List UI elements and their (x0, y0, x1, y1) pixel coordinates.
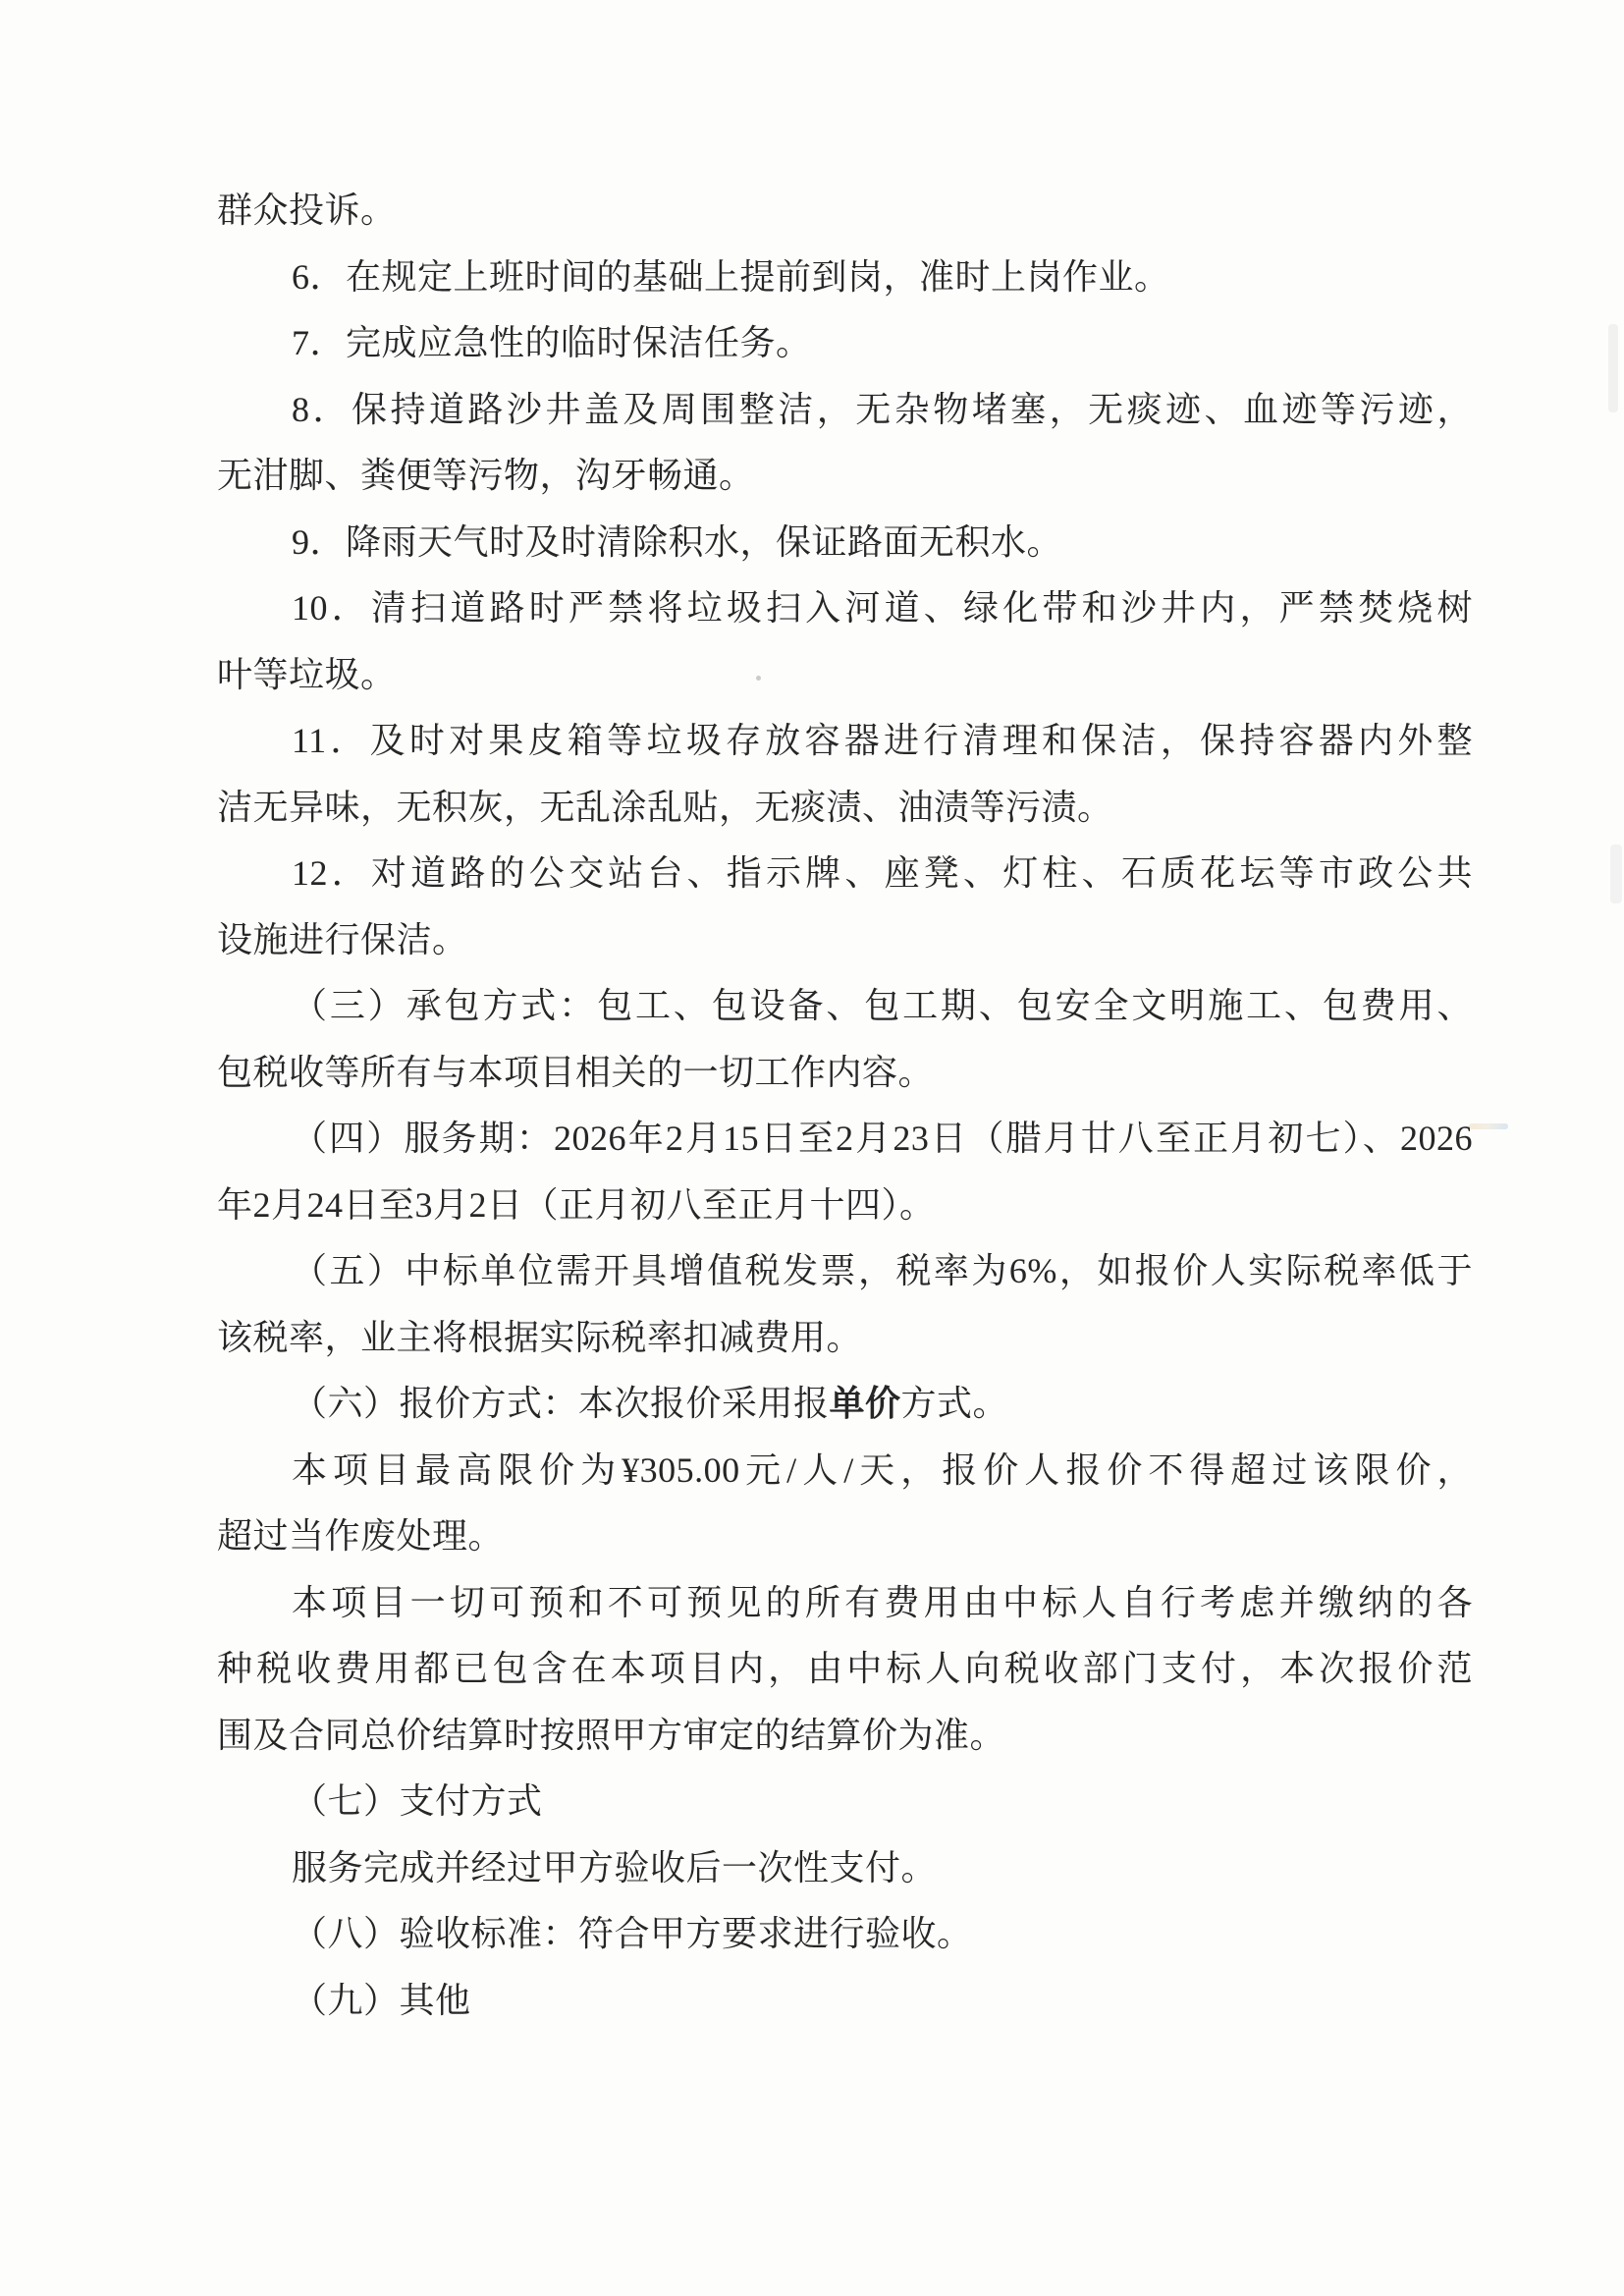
scanned-document-page: 群众投诉。6．在规定上班时间的基础上提前到岗，准时上岗作业。7．完成应急性的临时… (0, 0, 1624, 2296)
text-segment: 服务完成并经过甲方验收后一次性支付。 (292, 1848, 937, 1887)
text-line: 8．保持道路沙井盖及周围整洁，无杂物堵塞，无痰迹、血迹等污迹， (217, 377, 1473, 444)
bold-text: 单价 (830, 1384, 901, 1423)
text-line: 围及合同总价结算时按照甲方审定的结算价为准。 (217, 1703, 1473, 1770)
text-line: 包税收等所有与本项目相关的一切工作内容。 (217, 1040, 1473, 1107)
text-line: 12．对道路的公交站台、指示牌、座凳、灯柱、石质花坛等市政公共 (217, 841, 1473, 907)
text-line: 设施进行保洁。 (217, 907, 1473, 974)
text-line: 9．降雨天气时及时清除积水，保证路面无积水。 (217, 510, 1473, 576)
text-segment: 包税收等所有与本项目相关的一切工作内容。 (217, 1053, 934, 1092)
text-line: 服务完成并经过甲方验收后一次性支付。 (217, 1835, 1473, 1902)
text-segment: （三）承包方式：包工、包设备、包工期、包安全文明施工、包费用、 (292, 986, 1473, 1025)
text-segment: 12．对道路的公交站台、指示牌、座凳、灯柱、石质花坛等市政公共 (292, 853, 1473, 893)
text-segment: （九）其他 (292, 1981, 471, 2020)
text-segment: 设施进行保洁。 (217, 920, 468, 959)
scan-edge-streak (1610, 845, 1622, 903)
text-line: 叶等垃圾。 (217, 642, 1473, 709)
text-segment: 叶等垃圾。 (217, 655, 397, 694)
text-line: 群众投诉。 (217, 178, 1473, 245)
scan-edge-streak (1608, 324, 1618, 412)
text-segment: 洁无异味，无积灰，无乱涂乱贴，无痰渍、油渍等污渍。 (217, 788, 1113, 827)
text-segment: 方式。 (901, 1384, 1009, 1423)
text-line: （四）服务期：2026年2月15日至2月23日（腊月廿八至正月初七）、2026 (217, 1106, 1473, 1173)
text-segment: （七）支付方式 (292, 1781, 543, 1821)
text-line: 种税收费用都已包含在本项目内，由中标人向税收部门支付，本次报价范 (217, 1636, 1473, 1703)
text-segment: 6．在规定上班时间的基础上提前到岗，准时上岗作业。 (292, 257, 1170, 297)
text-line: 本项目一切可预和不可预见的所有费用由中标人自行考虑并缴纳的各 (217, 1570, 1473, 1637)
scan-color-smudge (1469, 1123, 1508, 1129)
text-line: （五）中标单位需开具增值税发票，税率为6%，如报价人实际税率低于 (217, 1238, 1473, 1305)
text-line: （九）其他 (217, 1968, 1473, 2035)
text-segment: 超过当作废处理。 (217, 1516, 504, 1556)
text-line: （三）承包方式：包工、包设备、包工期、包安全文明施工、包费用、 (217, 973, 1473, 1040)
text-segment: 11．及时对果皮箱等垃圾存放容器进行清理和保洁，保持容器内外整 (292, 721, 1473, 760)
text-segment: 年2月24日至3月2日（正月初八至正月十四）。 (217, 1185, 936, 1225)
text-line: 该税率，业主将根据实际税率扣减费用。 (217, 1305, 1473, 1372)
text-segment: （四）服务期：2026年2月15日至2月23日（腊月廿八至正月初七）、2026 (292, 1119, 1473, 1158)
text-line: 洁无异味，无积灰，无乱涂乱贴，无痰渍、油渍等污渍。 (217, 775, 1473, 842)
text-line: 11．及时对果皮箱等垃圾存放容器进行清理和保洁，保持容器内外整 (217, 708, 1473, 775)
text-line: 无泔脚、粪便等污物，沟牙畅通。 (217, 443, 1473, 510)
text-segment: 围及合同总价结算时按照甲方审定的结算价为准。 (217, 1716, 1005, 1755)
text-segment: 8．保持道路沙井盖及周围整洁，无杂物堵塞，无痰迹、血迹等污迹， (292, 390, 1473, 429)
text-segment: （五）中标单位需开具增值税发票，税率为6%，如报价人实际税率低于 (292, 1251, 1473, 1290)
text-segment: （八）验收标准：符合甲方要求进行验收。 (292, 1914, 973, 1953)
text-line: （六）报价方式：本次报价采用报单价方式。 (217, 1371, 1473, 1438)
text-segment: 10．清扫道路时严禁将垃圾扫入河道、绿化带和沙井内，严禁焚烧树 (292, 588, 1473, 628)
text-segment: 本项目最高限价为¥305.00元/人/天，报价人报价不得超过该限价， (292, 1450, 1473, 1490)
document-text: 群众投诉。6．在规定上班时间的基础上提前到岗，准时上岗作业。7．完成应急性的临时… (217, 178, 1473, 2034)
text-segment: 群众投诉。 (217, 191, 397, 230)
text-segment: 该税率，业主将根据实际税率扣减费用。 (217, 1318, 862, 1357)
text-segment: 种税收费用都已包含在本项目内，由中标人向税收部门支付，本次报价范 (217, 1649, 1473, 1688)
text-line: （七）支付方式 (217, 1769, 1473, 1835)
text-line: 7．完成应急性的临时保洁任务。 (217, 310, 1473, 377)
text-segment: 7．完成应急性的临时保洁任务。 (292, 323, 812, 362)
text-line: 6．在规定上班时间的基础上提前到岗，准时上岗作业。 (217, 245, 1473, 311)
text-segment: （六）报价方式：本次报价采用报 (292, 1384, 830, 1423)
text-line: （八）验收标准：符合甲方要求进行验收。 (217, 1901, 1473, 1968)
text-segment: 9．降雨天气时及时清除积水，保证路面无积水。 (292, 522, 1062, 562)
text-line: 年2月24日至3月2日（正月初八至正月十四）。 (217, 1173, 1473, 1239)
text-segment: 无泔脚、粪便等污物，沟牙畅通。 (217, 456, 755, 495)
text-segment: 本项目一切可预和不可预见的所有费用由中标人自行考虑并缴纳的各 (292, 1583, 1473, 1622)
text-line: 10．清扫道路时严禁将垃圾扫入河道、绿化带和沙井内，严禁焚烧树 (217, 575, 1473, 642)
text-line: 本项目最高限价为¥305.00元/人/天，报价人报价不得超过该限价， (217, 1438, 1473, 1504)
text-line: 超过当作废处理。 (217, 1503, 1473, 1570)
